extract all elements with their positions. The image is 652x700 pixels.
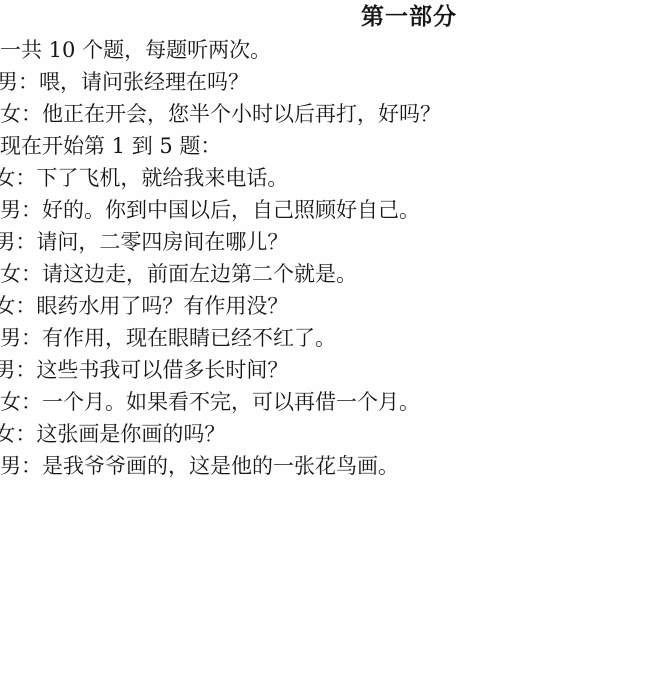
dialogue-item-1: 1．女：下了飞机，就给我来电话。男：好的。你到中国以后，自己照顾好自己。 — [0, 162, 652, 226]
page-title: 第一部分 — [83, 0, 652, 34]
intro-line: 一共 10 个题，每题听两次。 — [0, 34, 652, 66]
dialogue-line-1: 女：下了飞机，就给我来电话。 — [0, 166, 288, 190]
dialogue-item-2: 2．男：请问，二零四房间在哪儿？女：请这边走，前面左边第二个就是。 — [0, 226, 652, 290]
dialogue-item-3: 3．女：眼药水用了吗？有作用没？男：有作用，现在眼睛已经不红了。 — [0, 290, 652, 354]
dialogue-item-5: 5．女：这张画是你画的吗？男：是我爷爷画的，这是他的一张花鸟画。 — [0, 418, 652, 482]
dialogue-line-1: 女：眼药水用了吗？有作用没？ — [0, 294, 288, 318]
dialogue-line-2: 男：好的。你到中国以后，自己照顾好自己。 — [0, 198, 420, 222]
dialogue-line-2: 女：一个月。如果看不完，可以再借一个月。 — [0, 390, 420, 414]
dialogue-line-2: 女：请这边走，前面左边第二个就是。 — [0, 262, 357, 286]
start-line: 现在开始第 1 到 5 题： — [0, 130, 652, 162]
dialogue-line-1: 男：这些书我可以借多长时间？ — [0, 358, 288, 382]
dialogue-line-2: 男：有作用，现在眼睛已经不红了。 — [0, 326, 336, 350]
dialogue-line-2: 男：是我爷爷画的，这是他的一张花鸟画。 — [0, 454, 399, 478]
dialogue-line-1: 男：请问，二零四房间在哪儿？ — [0, 230, 288, 254]
dialogue-line-1: 女：这张画是你画的吗？ — [0, 422, 225, 446]
example-dialogue-line-male: 男：喂，请问张经理在吗？ — [0, 70, 249, 94]
example-block: 例如：男：喂，请问张经理在吗？女：他正在开会，您半个小时以后再打，好吗？ — [0, 66, 652, 130]
document-page: 第一部分 一共 10 个题，每题听两次。 例如：男：喂，请问张经理在吗？女：他正… — [0, 0, 652, 700]
dialogue-item-4: 4．男：这些书我可以借多长时间？女：一个月。如果看不完，可以再借一个月。 — [0, 354, 652, 418]
example-dialogue-line-female: 女：他正在开会，您半个小时以后再打，好吗？ — [0, 102, 441, 126]
